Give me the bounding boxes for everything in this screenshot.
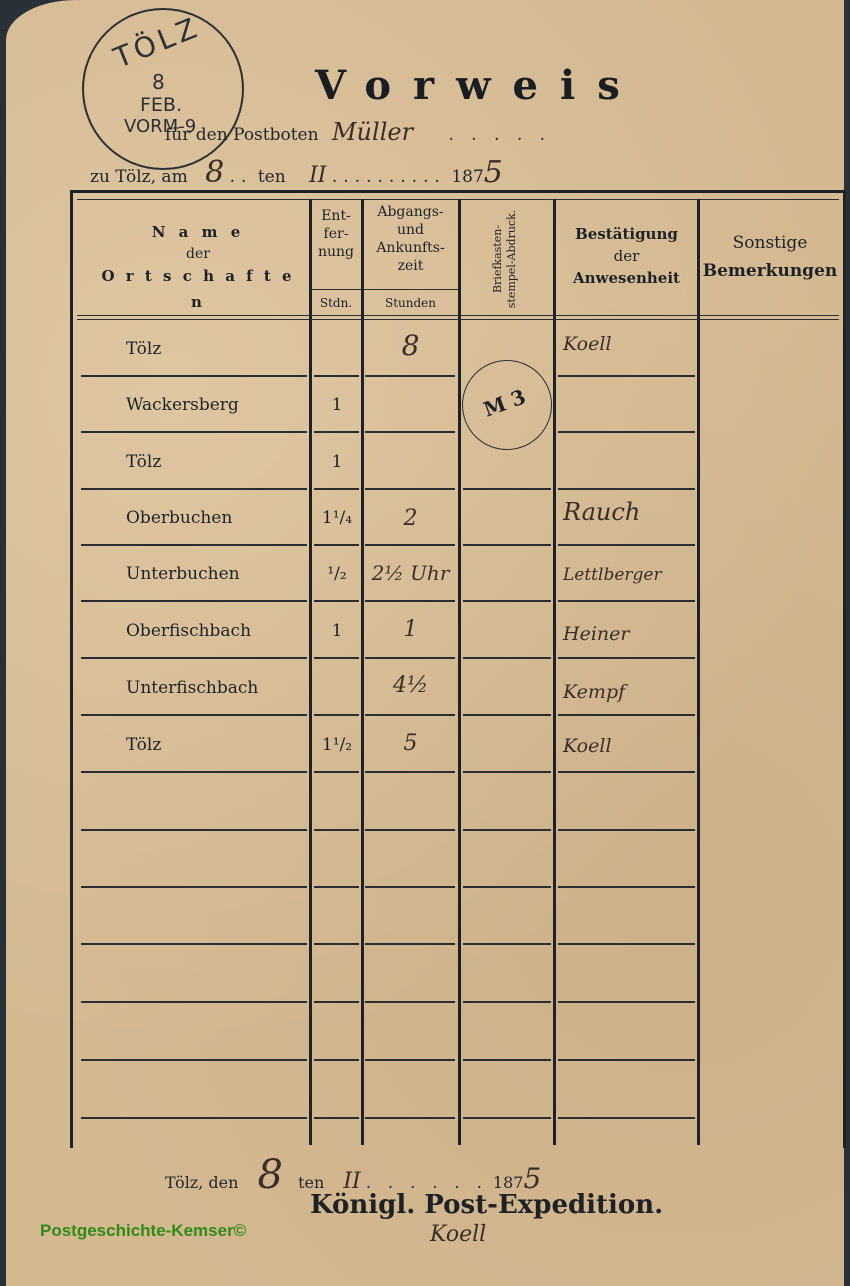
- postbote-line: für den Postboten Müller . . . . .: [165, 118, 551, 146]
- dotted-fill: ..: [230, 167, 253, 187]
- col-divider: [309, 199, 312, 1145]
- header-remarks-line2: Bemerkungen: [700, 257, 840, 285]
- dotted-fill: ..........: [332, 167, 446, 187]
- place-name: Oberfischbach: [126, 621, 251, 641]
- office-signature: Koell: [430, 1222, 486, 1247]
- place-name: Tölz: [126, 339, 161, 359]
- postbote-label: für den Postboten: [165, 125, 319, 145]
- header-name-line3: O r t s c h a f t e n: [93, 263, 303, 315]
- header-time-line4: zeit: [363, 257, 458, 275]
- place-name: Wackersberg: [126, 395, 239, 415]
- date-day: 8: [205, 155, 224, 190]
- header-remarks: Sonstige Bemerkungen: [700, 229, 840, 285]
- mailbox-postmark-text: M 3: [480, 384, 529, 421]
- header-distance-line3: nung: [311, 243, 361, 261]
- date-ten: ten: [258, 167, 286, 187]
- document-title: Vorweis: [315, 62, 642, 109]
- distance-value: 1¹/₄: [311, 508, 363, 528]
- header-time-line2: und: [363, 221, 458, 239]
- header-confirmation-line2: der: [556, 245, 697, 267]
- mailbox-postmark: M 3: [462, 360, 552, 450]
- date-month: II: [309, 163, 326, 188]
- header-distance: Ent- fer- nung: [311, 207, 361, 261]
- signature: Heiner: [563, 623, 698, 645]
- col-divider: [458, 199, 461, 1145]
- col-divider: [553, 199, 556, 1145]
- time-value: 2½ Uhr: [363, 561, 458, 585]
- time-value: 1: [363, 617, 458, 642]
- place-name: Tölz: [126, 452, 161, 472]
- place-name: Unterbuchen: [126, 564, 240, 584]
- dotted-fill: . . . . .: [448, 125, 551, 145]
- date-prefix: zu Tölz, am: [90, 167, 188, 187]
- header-time-line1: Abgangs-: [363, 203, 458, 221]
- copyright-watermark: Postgeschichte-Kemser©: [40, 1221, 246, 1241]
- footer-day: 8: [258, 1152, 283, 1198]
- signature: Koell: [563, 735, 698, 757]
- header-confirmation: Bestätigung der Anwesenheit: [556, 223, 697, 289]
- distance-value: 1: [311, 395, 363, 415]
- header-time: Abgangs- und Ankunfts- zeit: [363, 203, 458, 275]
- signature: Lettlberger: [563, 565, 698, 585]
- route-table: N a m e der O r t s c h a f t e n Ent- f…: [70, 190, 846, 1148]
- header-distance-line2: fer-: [311, 225, 361, 243]
- stamp-month: FEB.: [140, 94, 182, 116]
- distance-value: 1¹/₂: [311, 735, 363, 755]
- place-name: Unterfischbach: [126, 678, 258, 698]
- postbote-name: Müller: [332, 118, 413, 146]
- date-year: 187: [451, 167, 483, 187]
- distance-value: 1: [311, 452, 363, 472]
- signature: Rauch: [563, 498, 698, 526]
- stamp-town: TÖLZ: [109, 10, 205, 74]
- signature: Kempf: [563, 681, 698, 703]
- time-value: 5: [363, 731, 458, 756]
- header-mailbox-line1: Briefkasten-: [491, 197, 505, 321]
- header-mailbox: Briefkasten- stempel-Abdruck.: [491, 197, 519, 321]
- header-time-line3: Ankunfts-: [363, 239, 458, 257]
- time-value: 8: [363, 329, 458, 362]
- header-mailbox-line2: stempel-Abdruck.: [505, 197, 519, 321]
- header-time-unit: Stunden: [363, 294, 458, 312]
- header-name-line1: N a m e: [93, 219, 303, 245]
- place-name: Tölz: [126, 735, 161, 755]
- header-distance-unit: Stdn.: [311, 294, 361, 312]
- post-office-name: Königl. Post-Expedition.: [310, 1190, 663, 1220]
- distance-value: ¹/₂: [311, 564, 363, 584]
- date-year-hand: 5: [484, 155, 503, 190]
- header-confirmation-line3: Anwesenheit: [556, 267, 697, 289]
- footer-date-prefix: Tölz, den: [165, 1173, 238, 1192]
- header-name: N a m e der O r t s c h a f t e n: [93, 219, 303, 315]
- header-remarks-line1: Sonstige: [700, 229, 840, 257]
- signature: Koell: [563, 333, 698, 355]
- time-value: 4½: [363, 673, 458, 698]
- time-value: 2: [363, 506, 458, 531]
- header-name-line2: der: [93, 245, 303, 263]
- header-distance-line1: Ent-: [311, 207, 361, 225]
- place-name: Oberbuchen: [126, 508, 232, 528]
- stamp-day: 8: [152, 70, 165, 94]
- date-line: zu Tölz, am 8 .. ten II .......... 1875: [90, 155, 503, 190]
- distance-value: 1: [311, 621, 363, 641]
- header-confirmation-line1: Bestätigung: [556, 223, 697, 245]
